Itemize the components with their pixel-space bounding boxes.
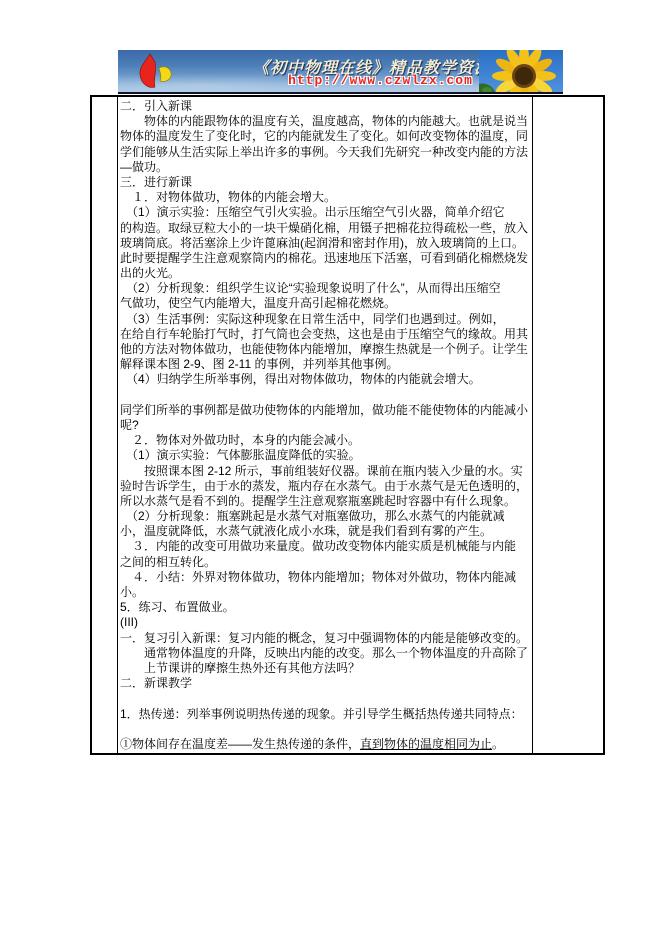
text-line: [120, 388, 532, 403]
banner-url-link[interactable]: http://www.czwlzx.com: [253, 73, 508, 88]
text-line: ４．小结：外界对物体做功，物体内能增加；物体对外做功，物体内能减: [120, 570, 532, 585]
table-main-cell: 二．引入新课 物体的内能跟物体的温度有关，温度越高，物体的内能越大。也就是说当物…: [118, 97, 533, 753]
text-line: 1．热传递：列举事例说明热传递的现象。并引导学生概括热传递共同特点：: [120, 707, 532, 722]
site-banner: 《初中物理在线》精品教学资源库 http://www.czwlzx.com: [118, 50, 563, 94]
document-lines: 二．引入新课 物体的内能跟物体的温度有关，温度越高，物体的内能越大。也就是说当物…: [120, 99, 532, 752]
sunflower-image: [479, 50, 563, 92]
text-line: 二．引入新课: [120, 99, 532, 114]
document-page: { "banner": { "title": "《初中物理在线》精品教学资源库"…: [0, 0, 661, 935]
text-line: （2）分析现象：组织学生议论“实验现象说明了什么”，从而得出压缩空: [120, 281, 532, 296]
text-line: 出的火光。: [120, 266, 532, 281]
text-line: 之间的相互转化。: [120, 555, 532, 570]
text-line: 他的方法对物体做功，也能使物体内能增加，摩擦生热就是一个例子。让学生: [120, 342, 532, 357]
text-line: (III): [120, 615, 532, 630]
text-line: 的构造。取绿豆粒大小的一块干燥硝化棉，用镊子把棉花拉得疏松一些，放入: [120, 221, 532, 236]
text-line: 同学们所举的事例都是做功使物体的内能增加，做功能不能使物体的内能减小: [120, 403, 532, 418]
text-line: 二．新课教学: [120, 676, 532, 691]
text-line: （1）演示实验：气体膨胀温度降低的实验。: [120, 448, 532, 463]
text-line: ２．物体对外做功时，本身的内能会减小。: [120, 433, 532, 448]
text-line: 学们能够从生活实际上举出许多的事例。今天我们先研究一种改变内能的方法: [120, 145, 532, 160]
text-line: 所以水蒸气是看不到的。提醒学生注意观察瓶塞跳起时容器中有什么现象。: [120, 494, 532, 509]
text-line: 物体的温度发生了变化时，它的内能就发生了变化。如何改变物体的温度，同: [120, 129, 532, 144]
text-line: 小，温度就降低，水蒸气就液化成小水珠，就是我们看到有雾的产生。: [120, 524, 532, 539]
text-line: （3）生活事例：实际这种现象在日常生活中，同学们也遇到过。例如，: [120, 312, 532, 327]
text-line: 三．进行新课: [120, 175, 532, 190]
table-left-gutter: [92, 97, 118, 753]
text-line: （4）归纳学生所举事例，得出对物体做功，物体的内能就会增大。: [120, 372, 532, 387]
text-line: 玻璃筒底。将活塞涂上少许蓖麻油(起润滑和密封作用)，放入玻璃筒的上口。: [120, 236, 532, 251]
flame-logo-icon: [130, 53, 182, 91]
text-line: 物体的内能跟物体的温度有关，温度越高，物体的内能越大。也就是说当: [120, 114, 532, 129]
text-line: 验时告诉学生，由于水的蒸发，瓶内存在水蒸气。由于水蒸气是无色透明的，: [120, 479, 532, 494]
text-line: 5．练习、布置做业。: [120, 600, 532, 615]
text-line: 在给自行车轮胎打气时，打气筒也会变热，这也是由于压缩空气的缘故。用其: [120, 327, 532, 342]
text-line: [120, 691, 532, 706]
text-line: ３．内能的改变可用做功来量度。做功改变物体内能实质是机械能与内能: [120, 539, 532, 554]
table-right-gutter: [533, 97, 603, 753]
text-line: （1）演示实验：压缩空气引火实验。出示压缩空气引火器，简单介绍它: [120, 205, 532, 220]
text-line: —做功。: [120, 160, 532, 175]
text-line: ①物体间存在温度差——发生热传递的条件，直到物体的温度相同为止。: [120, 737, 532, 752]
text-line: [120, 722, 532, 737]
text-line: 按照课本图 2-12 所示，事前组装好仪器。课前在瓶内装入少量的水。实: [120, 464, 532, 479]
text-line: 呢?: [120, 418, 532, 433]
text-line: 上节课讲的摩擦生热外还有其他方法吗？: [120, 661, 532, 676]
text-line: 气做功，使空气内能增大，温度升高引起棉花燃烧。: [120, 296, 532, 311]
text-line: 解释课本图 2-9、图 2-11 的事例，并列举其他事例。: [120, 357, 532, 372]
sunflower-icon: [479, 50, 563, 92]
lesson-plan-table: 二．引入新课 物体的内能跟物体的温度有关，温度越高，物体的内能越大。也就是说当物…: [90, 95, 605, 755]
text-line: （2）分析现象：瓶塞跳起是水蒸气对瓶塞做功，那么水蒸气的内能就减: [120, 509, 532, 524]
text-line: 通常物体温度的升降，反映出内能的改变。那么一个物体温度的升高除了: [120, 646, 532, 661]
text-line: １．对物体做功，物体的内能会增大。: [120, 190, 532, 205]
text-line: 一．复习引入新课：复习内能的概念，复习中强调物体的内能是能够改变的。: [120, 631, 532, 646]
text-line: 小。: [120, 585, 532, 600]
text-line: 此时要提醒学生注意观察筒内的棉花。迅速地压下活塞，可看到硝化棉燃烧发: [120, 251, 532, 266]
